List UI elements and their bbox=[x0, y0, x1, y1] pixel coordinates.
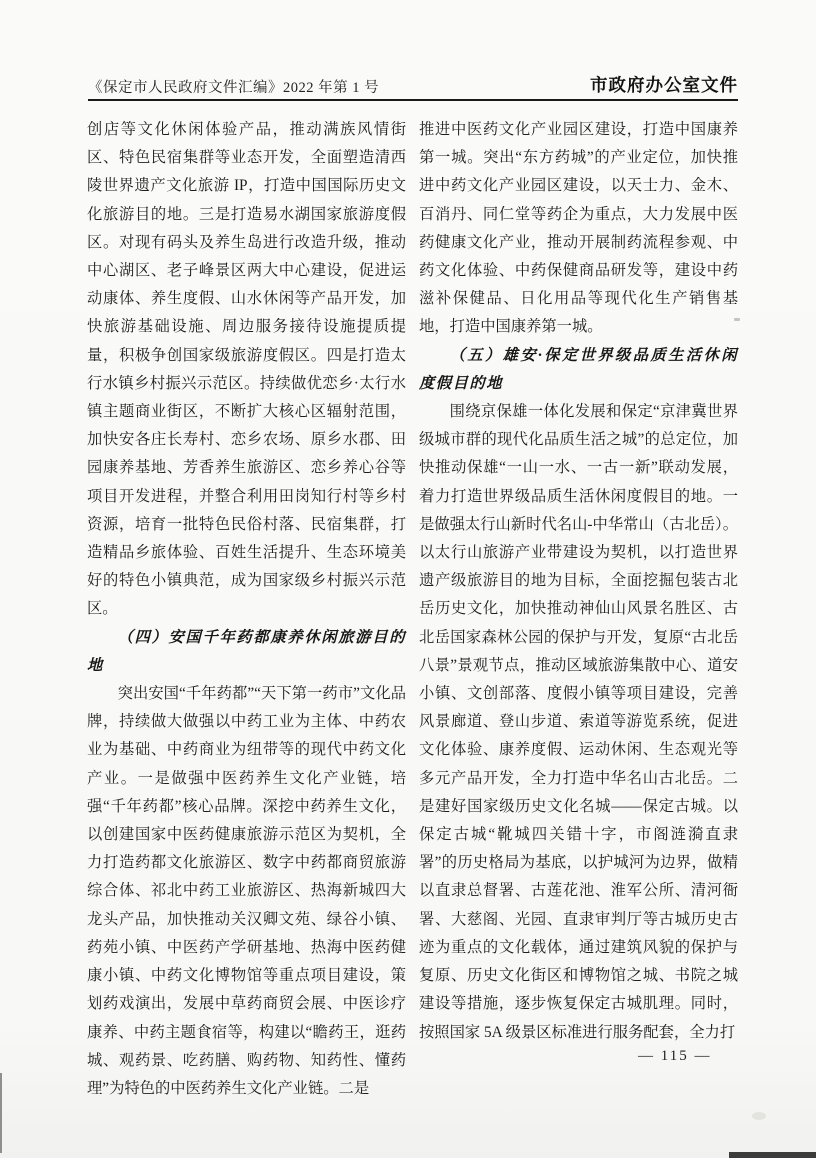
right-column: 推进中医药文化产业园区建设，打造中国康养第一城。突出“东方药城”的产业定位，加快… bbox=[419, 116, 738, 1103]
section-heading-5: （五）雄安·保定世界级品质生活休闲度假目的地 bbox=[419, 342, 738, 398]
body-paragraph: 突出安国“千年药都”“天下第一药市”文化品牌，持续做大做强以中药工业为主体、中药… bbox=[87, 680, 406, 1103]
body-paragraph-continuation: 推进中医药文化产业园区建设，打造中国康养第一城。突出“东方药城”的产业定位，加快… bbox=[419, 116, 738, 342]
scan-smudge-artifact bbox=[752, 1112, 766, 1120]
section-heading-4: （四）安国千年药都康养休闲旅游目的地 bbox=[87, 624, 406, 680]
scan-edge-artifact bbox=[0, 1073, 2, 1153]
header-document-category: 市政府办公室文件 bbox=[590, 72, 738, 97]
page-header: 《保定市人民政府文件汇编》2022 年第 1 号 市政府办公室文件 bbox=[88, 72, 738, 97]
body-paragraph: 围绕京保雄一体化发展和保定“京津冀世界级城市群的现代化品质生活之城”的总定位，加… bbox=[419, 398, 738, 1047]
header-divider-line bbox=[88, 99, 738, 101]
body-paragraph-continuation: 创店等文化休闲体验产品，推动满族风情街区、特色民宿集群等业态开发，全面塑造清西陵… bbox=[87, 116, 406, 624]
scan-corner-artifact bbox=[729, 1152, 816, 1158]
header-compilation-title: 《保定市人民政府文件汇编》2022 年第 1 号 bbox=[88, 76, 379, 97]
scan-speck-artifact bbox=[734, 318, 740, 321]
document-page: 《保定市人民政府文件汇编》2022 年第 1 号 市政府办公室文件 创店等文化休… bbox=[0, 0, 816, 1158]
left-column: 创店等文化休闲体验产品，推动满族风情街区、特色民宿集群等业态开发，全面塑造清西陵… bbox=[87, 116, 406, 1103]
body-columns: 创店等文化休闲体验产品，推动满族风情街区、特色民宿集群等业态开发，全面塑造清西陵… bbox=[87, 116, 738, 1103]
page-number: — 115 — bbox=[638, 1048, 711, 1065]
